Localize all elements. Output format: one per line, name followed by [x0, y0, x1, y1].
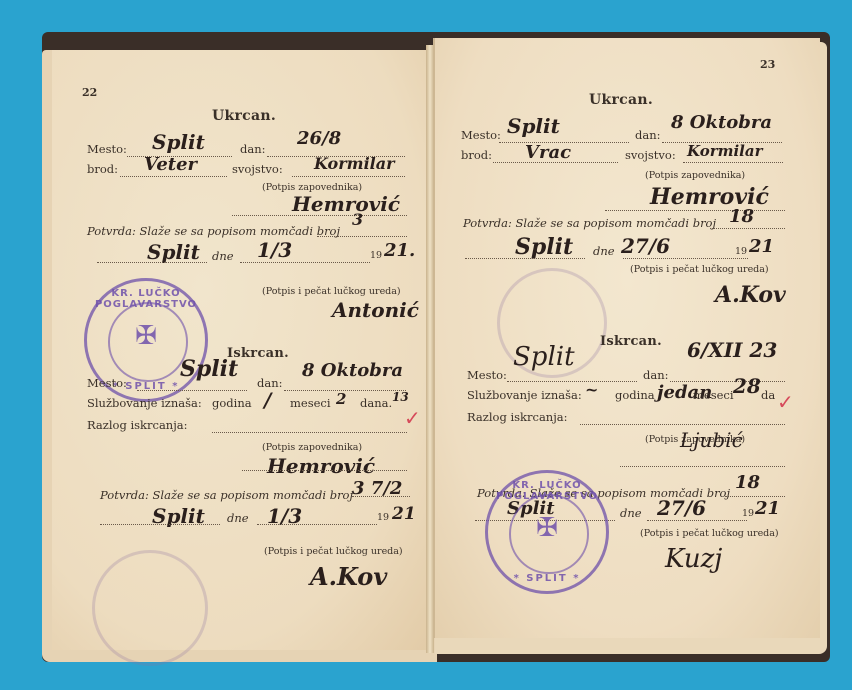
- place-line: [507, 381, 637, 382]
- captain-signature: Ljubić: [680, 428, 743, 452]
- date-place-handwriting: Split: [515, 234, 573, 260]
- left-page: 22 Ukrcan. Mesto: Split dan: 26/8 brod: …: [52, 50, 432, 650]
- faded-stamp-imprint: [92, 550, 208, 666]
- months-label: meseci: [693, 388, 734, 402]
- stamp-top-text: KR. LUČKO POGLAVARSTVO: [488, 480, 606, 502]
- captain-signature-label: (Potpis zapovednika): [645, 170, 745, 181]
- stamp-top-text: KR. LUČKO POGLAVARSTVO: [87, 288, 205, 310]
- date-handwriting: 1/3: [267, 504, 302, 528]
- years-label: godina: [615, 388, 655, 402]
- office-signature: Kuzj: [665, 544, 722, 574]
- date-place-handwriting: Split: [147, 240, 200, 264]
- years-handwriting: ~: [585, 380, 598, 399]
- captain-signature-line: [242, 470, 407, 471]
- page-number: 23: [760, 58, 775, 71]
- days-label: dana.: [360, 396, 392, 410]
- embark-heading: Ukrcan.: [589, 92, 653, 108]
- right-page: 23 Ukrcan. Mesto: Split dan: 8 Oktobra b…: [433, 38, 820, 638]
- reason-line: [580, 424, 785, 425]
- day-label: dan:: [643, 368, 669, 382]
- place-handwriting: Split: [180, 356, 238, 382]
- days-handwriting: 13: [392, 390, 409, 404]
- captain-signature-line: [605, 210, 785, 211]
- dne-label: dne: [620, 506, 642, 520]
- confirm-handwriting: 18: [735, 472, 760, 493]
- page-number: 22: [82, 86, 97, 99]
- year-suffix: 21: [755, 498, 780, 519]
- confirm-line: [317, 236, 407, 237]
- confirm-label: Potvrda: Slaže se sa popisom momčadi bro…: [100, 488, 353, 502]
- check-mark-icon: ✓: [404, 406, 421, 430]
- office-signature-label: (Potpis i pečat lučkog ureda): [262, 286, 401, 297]
- office-signature-label: (Potpis i pečat lučkog ureda): [264, 546, 403, 557]
- reason-label: Razlog iskrcanja:: [87, 418, 188, 432]
- place-label: Mesto:: [461, 128, 501, 142]
- embark-heading: Ukrcan.: [212, 108, 276, 124]
- capacity-label: svojstvo:: [625, 148, 676, 162]
- capacity-handwriting: Kormilar: [314, 154, 395, 173]
- months-handwriting: 2: [336, 390, 346, 408]
- office-signature: A.Kov: [310, 562, 387, 591]
- date-place-line: [97, 262, 207, 263]
- year-prefix: 19: [377, 512, 389, 523]
- capacity-label: svojstvo:: [232, 162, 283, 176]
- date-handwriting: 27/6: [621, 234, 670, 258]
- days-handwriting: 28: [733, 374, 761, 398]
- capacity-line: [683, 162, 783, 163]
- confirm-label: Potvrda: Slaže se sa popisom momčadi bro…: [87, 224, 340, 238]
- day-handwriting: 8 Oktobra: [302, 360, 403, 381]
- year-prefix: 19: [742, 508, 754, 519]
- captain-signature-line: [232, 215, 407, 216]
- place-line: [137, 390, 247, 391]
- place-handwriting: Split: [507, 114, 560, 138]
- dne-label: dne: [593, 244, 615, 258]
- day-handwriting: 6/XII 23: [687, 338, 777, 362]
- date-handwriting: 1/3: [257, 238, 292, 262]
- date-place-line: [100, 524, 220, 525]
- captain-signature-line: [620, 466, 785, 467]
- port-authority-stamp: KR. LUČKO POGLAVARSTVO ✠ * SPLIT *: [485, 470, 609, 594]
- place-handwriting: Split: [152, 130, 205, 154]
- ship-handwriting: Vrac: [525, 142, 571, 163]
- ship-handwriting: Veter: [144, 154, 197, 175]
- dne-label: dne: [227, 511, 249, 525]
- captain-signature-label: (Potpis zapovednika): [262, 442, 362, 453]
- office-signature-label: (Potpis i pečat lučkog ureda): [640, 528, 779, 539]
- months-label: meseci: [290, 396, 331, 410]
- day-handwriting: 26/8: [297, 128, 341, 149]
- service-label: Službovanje iznaša:: [87, 396, 202, 410]
- office-signature-label: (Potpis i pečat lučkog ureda): [630, 264, 769, 275]
- year-suffix: 21: [749, 236, 774, 257]
- eagle-emblem-icon: ✠: [488, 513, 606, 543]
- place-label: Mesto:: [87, 376, 127, 390]
- captain-signature: Hemrović: [292, 192, 400, 216]
- year-prefix: 19: [735, 246, 747, 257]
- date-line: [623, 258, 748, 259]
- years-handwriting: /: [264, 388, 271, 412]
- capacity-handwriting: Kormilar: [687, 142, 763, 160]
- days-label: da: [761, 388, 775, 402]
- disembark-heading: Iskrcan.: [600, 334, 662, 349]
- reason-label: Razlog iskrcanja:: [467, 410, 568, 424]
- years-label: godina: [212, 396, 252, 410]
- capacity-line: [292, 176, 405, 177]
- date-handwriting: 27/6: [657, 496, 706, 520]
- dne-label: dne: [212, 249, 234, 263]
- date-line: [647, 520, 747, 521]
- place-handwriting: Split: [513, 342, 575, 372]
- reason-line: [212, 432, 407, 433]
- office-signature: Antonić: [332, 298, 419, 322]
- year-prefix: 19: [370, 250, 382, 261]
- ship-label: brod:: [461, 148, 492, 162]
- year-suffix: 21: [392, 504, 416, 524]
- date-place-line: [465, 258, 585, 259]
- date-line: [240, 262, 370, 263]
- day-label: dan:: [635, 128, 661, 142]
- extra-mark: 3: [352, 210, 363, 229]
- day-label: dan:: [240, 142, 266, 156]
- confirm-label: Potvrda: Slaže se sa popisom momčadi bro…: [463, 216, 716, 230]
- eagle-emblem-icon: ✠: [87, 321, 205, 351]
- ship-label: brod:: [87, 162, 118, 176]
- place-label: Mesto:: [467, 368, 507, 382]
- day-handwriting: 8 Oktobra: [671, 112, 772, 133]
- captain-signature: Hemrović: [267, 454, 375, 478]
- year-suffix: 21.: [384, 240, 415, 261]
- confirm-line: [352, 496, 410, 497]
- place-label: Mesto:: [87, 142, 127, 156]
- check-mark-icon: ✓: [777, 390, 794, 414]
- service-label: Službovanje iznaša:: [467, 388, 582, 402]
- ship-line: [120, 176, 227, 177]
- confirm-line: [710, 228, 785, 229]
- confirm-handwriting: 18: [729, 206, 754, 227]
- confirm-line: [725, 496, 785, 497]
- stamp-bottom-text: * SPLIT *: [488, 573, 606, 584]
- office-signature: A.Kov: [715, 282, 786, 308]
